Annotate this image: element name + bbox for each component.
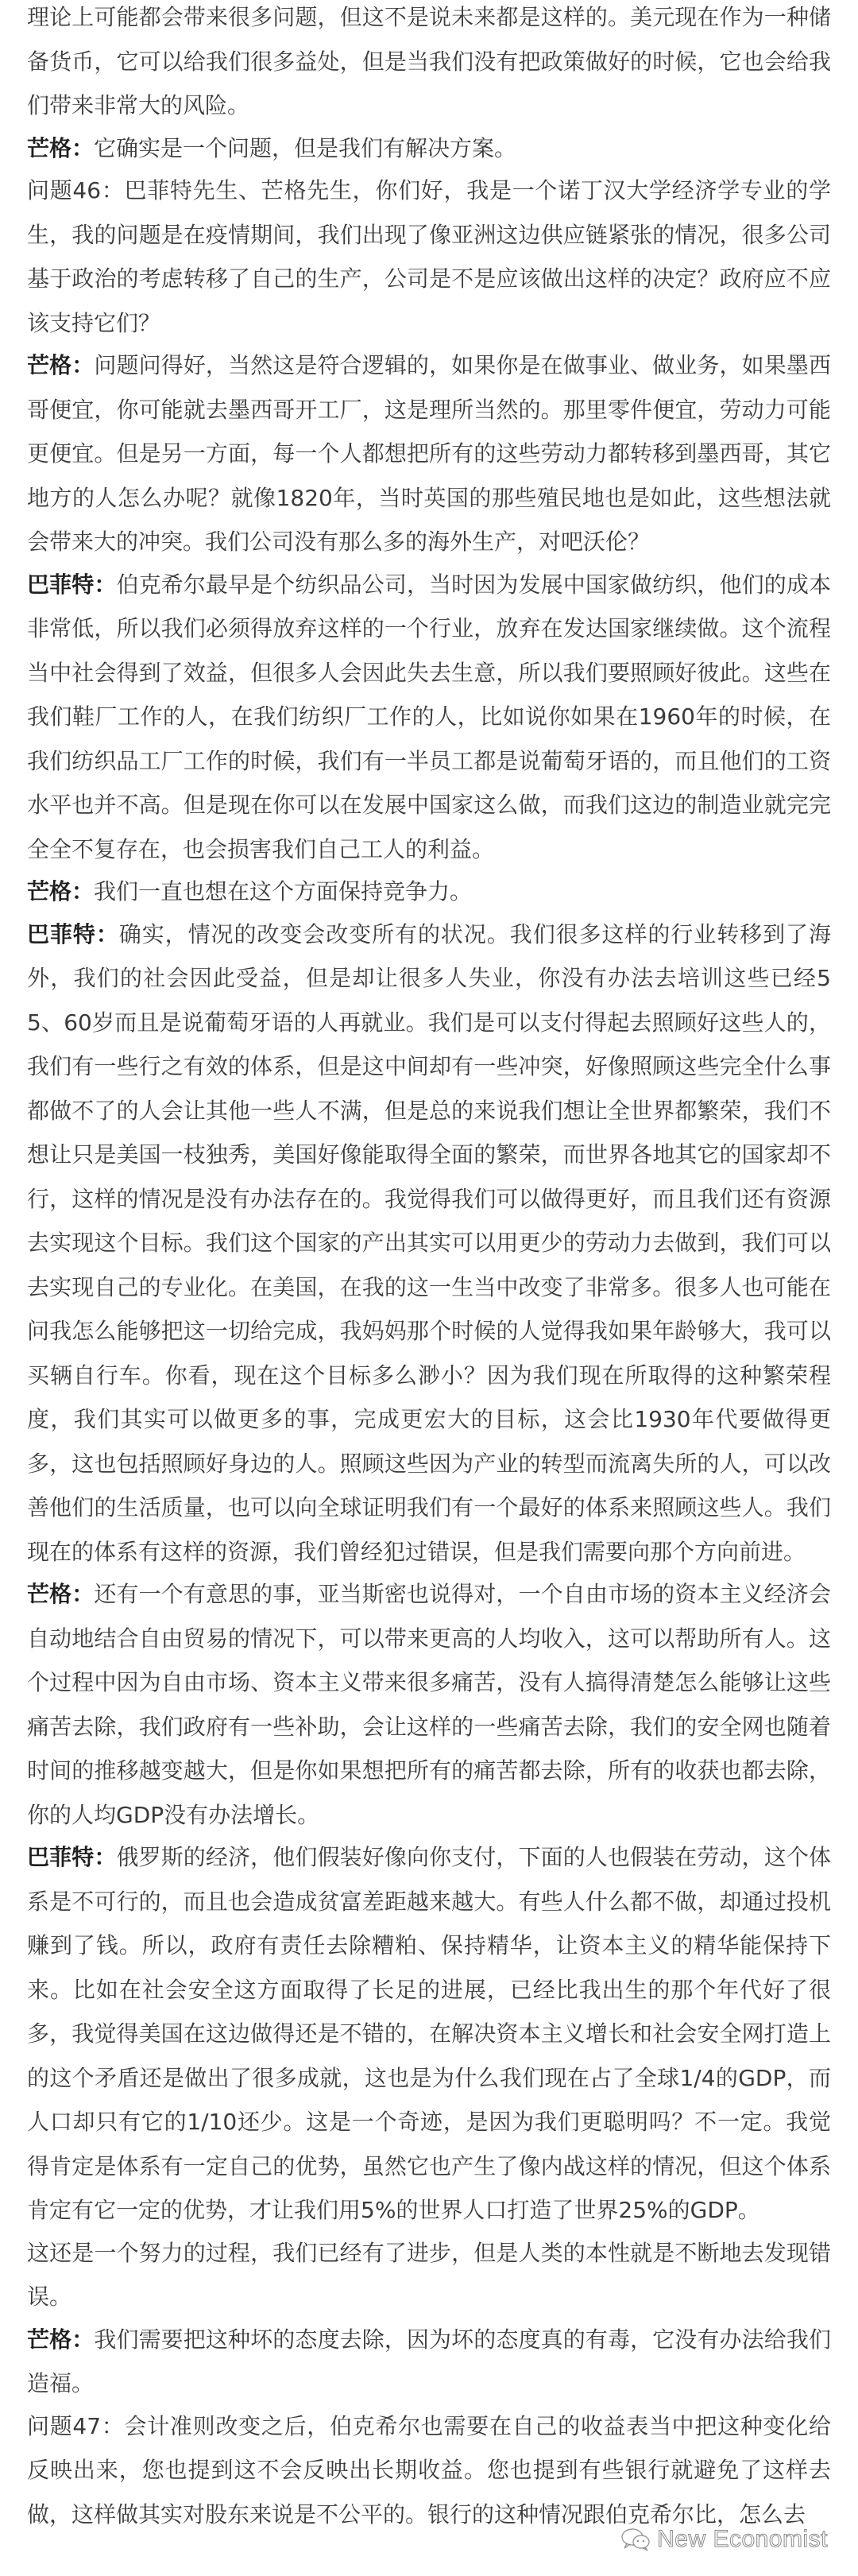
paragraph-question-46: 问题46：巴菲特先生、芒格先生，你们好，我是一个诺丁汉大学经济学专业的学生，我的…: [27, 169, 831, 345]
paragraph-question-47: 问题47：会计准则改变之后，伯克希尔也需要在自己的收益表当中把这种变化给反映出来…: [27, 2404, 831, 2537]
paragraph-text: 理论上可能都会带来很多问题，但这不是说未来都是这样的。美元现在作为一种储备货币，…: [27, 4, 831, 118]
paragraph-answer-buffett: 巴菲特：伯克希尔最早是个纺织品公司，当时因为发展中国家做纺织，他们的成本非常低，…: [27, 563, 831, 872]
speaker-label: 巴菲特：: [27, 921, 119, 947]
paragraph-answer-munger: 芒格：还有一个有意思的事，亚当斯密也说得对，一个自由市场的资本主义经济会自动地结…: [27, 1572, 831, 1837]
paragraph-text: 我们一直也想在这个方面保持竞争力。: [94, 878, 472, 905]
paragraph-text: 伯克希尔最早是个纺织品公司，当时因为发展中国家做纺织，他们的成本非常低，所以我们…: [27, 571, 831, 862]
paragraph-answer-buffett: 巴菲特：俄罗斯的经济，他们假装好像向你支付，下面的人也假装在劳动，这个体系是不可…: [27, 1835, 831, 2233]
paragraph-answer-munger: 芒格：我们一直也想在这个方面保持竞争力。: [27, 870, 831, 914]
paragraph-continuation: 理论上可能都会带来很多问题，但这不是说未来都是这样的。美元现在作为一种储备货币，…: [27, 0, 831, 128]
speaker-label: 芒格：: [27, 352, 94, 378]
speaker-label: 芒格：: [27, 878, 94, 905]
paragraph-text: 它确实是一个问题，但是我们有解决方案。: [94, 135, 516, 161]
paragraph-text: 会计准则改变之后，伯克希尔也需要在自己的收益表当中把这种变化给反映出来，您也提到…: [27, 2413, 831, 2528]
paragraph-answer-buffett: 巴菲特：确实，情况的改变会改变所有的状况。我们很多这样的行业转移到了海外，我们的…: [27, 912, 831, 1575]
speaker-label: 巴菲特：: [27, 571, 116, 598]
speaker-label: 巴菲特：: [27, 1844, 116, 1870]
speaker-label: 芒格：: [27, 135, 94, 161]
paragraph-text: 巴菲特先生、芒格先生，你们好，我是一个诺丁汉大学经济学专业的学生，我的问题是在疫…: [27, 177, 831, 336]
paragraph-answer-munger: 芒格：我们需要把这种坏的态度去除，因为坏的态度真的有毒，它没有办法给我们造福。: [27, 2318, 831, 2406]
question-label: 问题46：: [27, 177, 125, 203]
paragraph-text: 问题问得好，当然这是符合逻辑的，如果你是在做事业、做业务，如果墨西哥便宜，你可能…: [27, 352, 831, 555]
paragraph-text: 俄罗斯的经济，他们假装好像向你支付，下面的人也假装在劳动，这个体系是不可行的，而…: [27, 1844, 831, 2223]
speaker-label: 芒格：: [27, 1581, 94, 1607]
paragraph-text: 还有一个有意思的事，亚当斯密也说得对，一个自由市场的资本主义经济会自动地结合自由…: [27, 1581, 831, 1828]
paragraph-answer-munger: 芒格：它确实是一个问题，但是我们有解决方案。: [27, 126, 831, 171]
paragraph-text: 我们需要把这种坏的态度去除，因为坏的态度真的有毒，它没有办法给我们造福。: [27, 2326, 831, 2397]
paragraph-answer-munger: 芒格：问题问得好，当然这是符合逻辑的，如果你是在做事业、做业务，如果墨西哥便宜，…: [27, 343, 831, 564]
speaker-label: 芒格：: [27, 2326, 94, 2353]
paragraph-continuation: 这还是一个努力的过程，我们已经有了进步，但是人类的本性就是不断地去发现错误。: [27, 2231, 831, 2319]
paragraph-text: 确实，情况的改变会改变所有的状况。我们很多这样的行业转移到了海外，我们的社会因此…: [27, 921, 831, 1565]
question-label: 问题47：: [27, 2413, 125, 2439]
paragraph-text: 这还是一个努力的过程，我们已经有了进步，但是人类的本性就是不断地去发现错误。: [27, 2240, 831, 2311]
article-body: 理论上可能都会带来很多问题，但这不是说未来都是这样的。美元现在作为一种储备货币，…: [27, 0, 831, 2535]
